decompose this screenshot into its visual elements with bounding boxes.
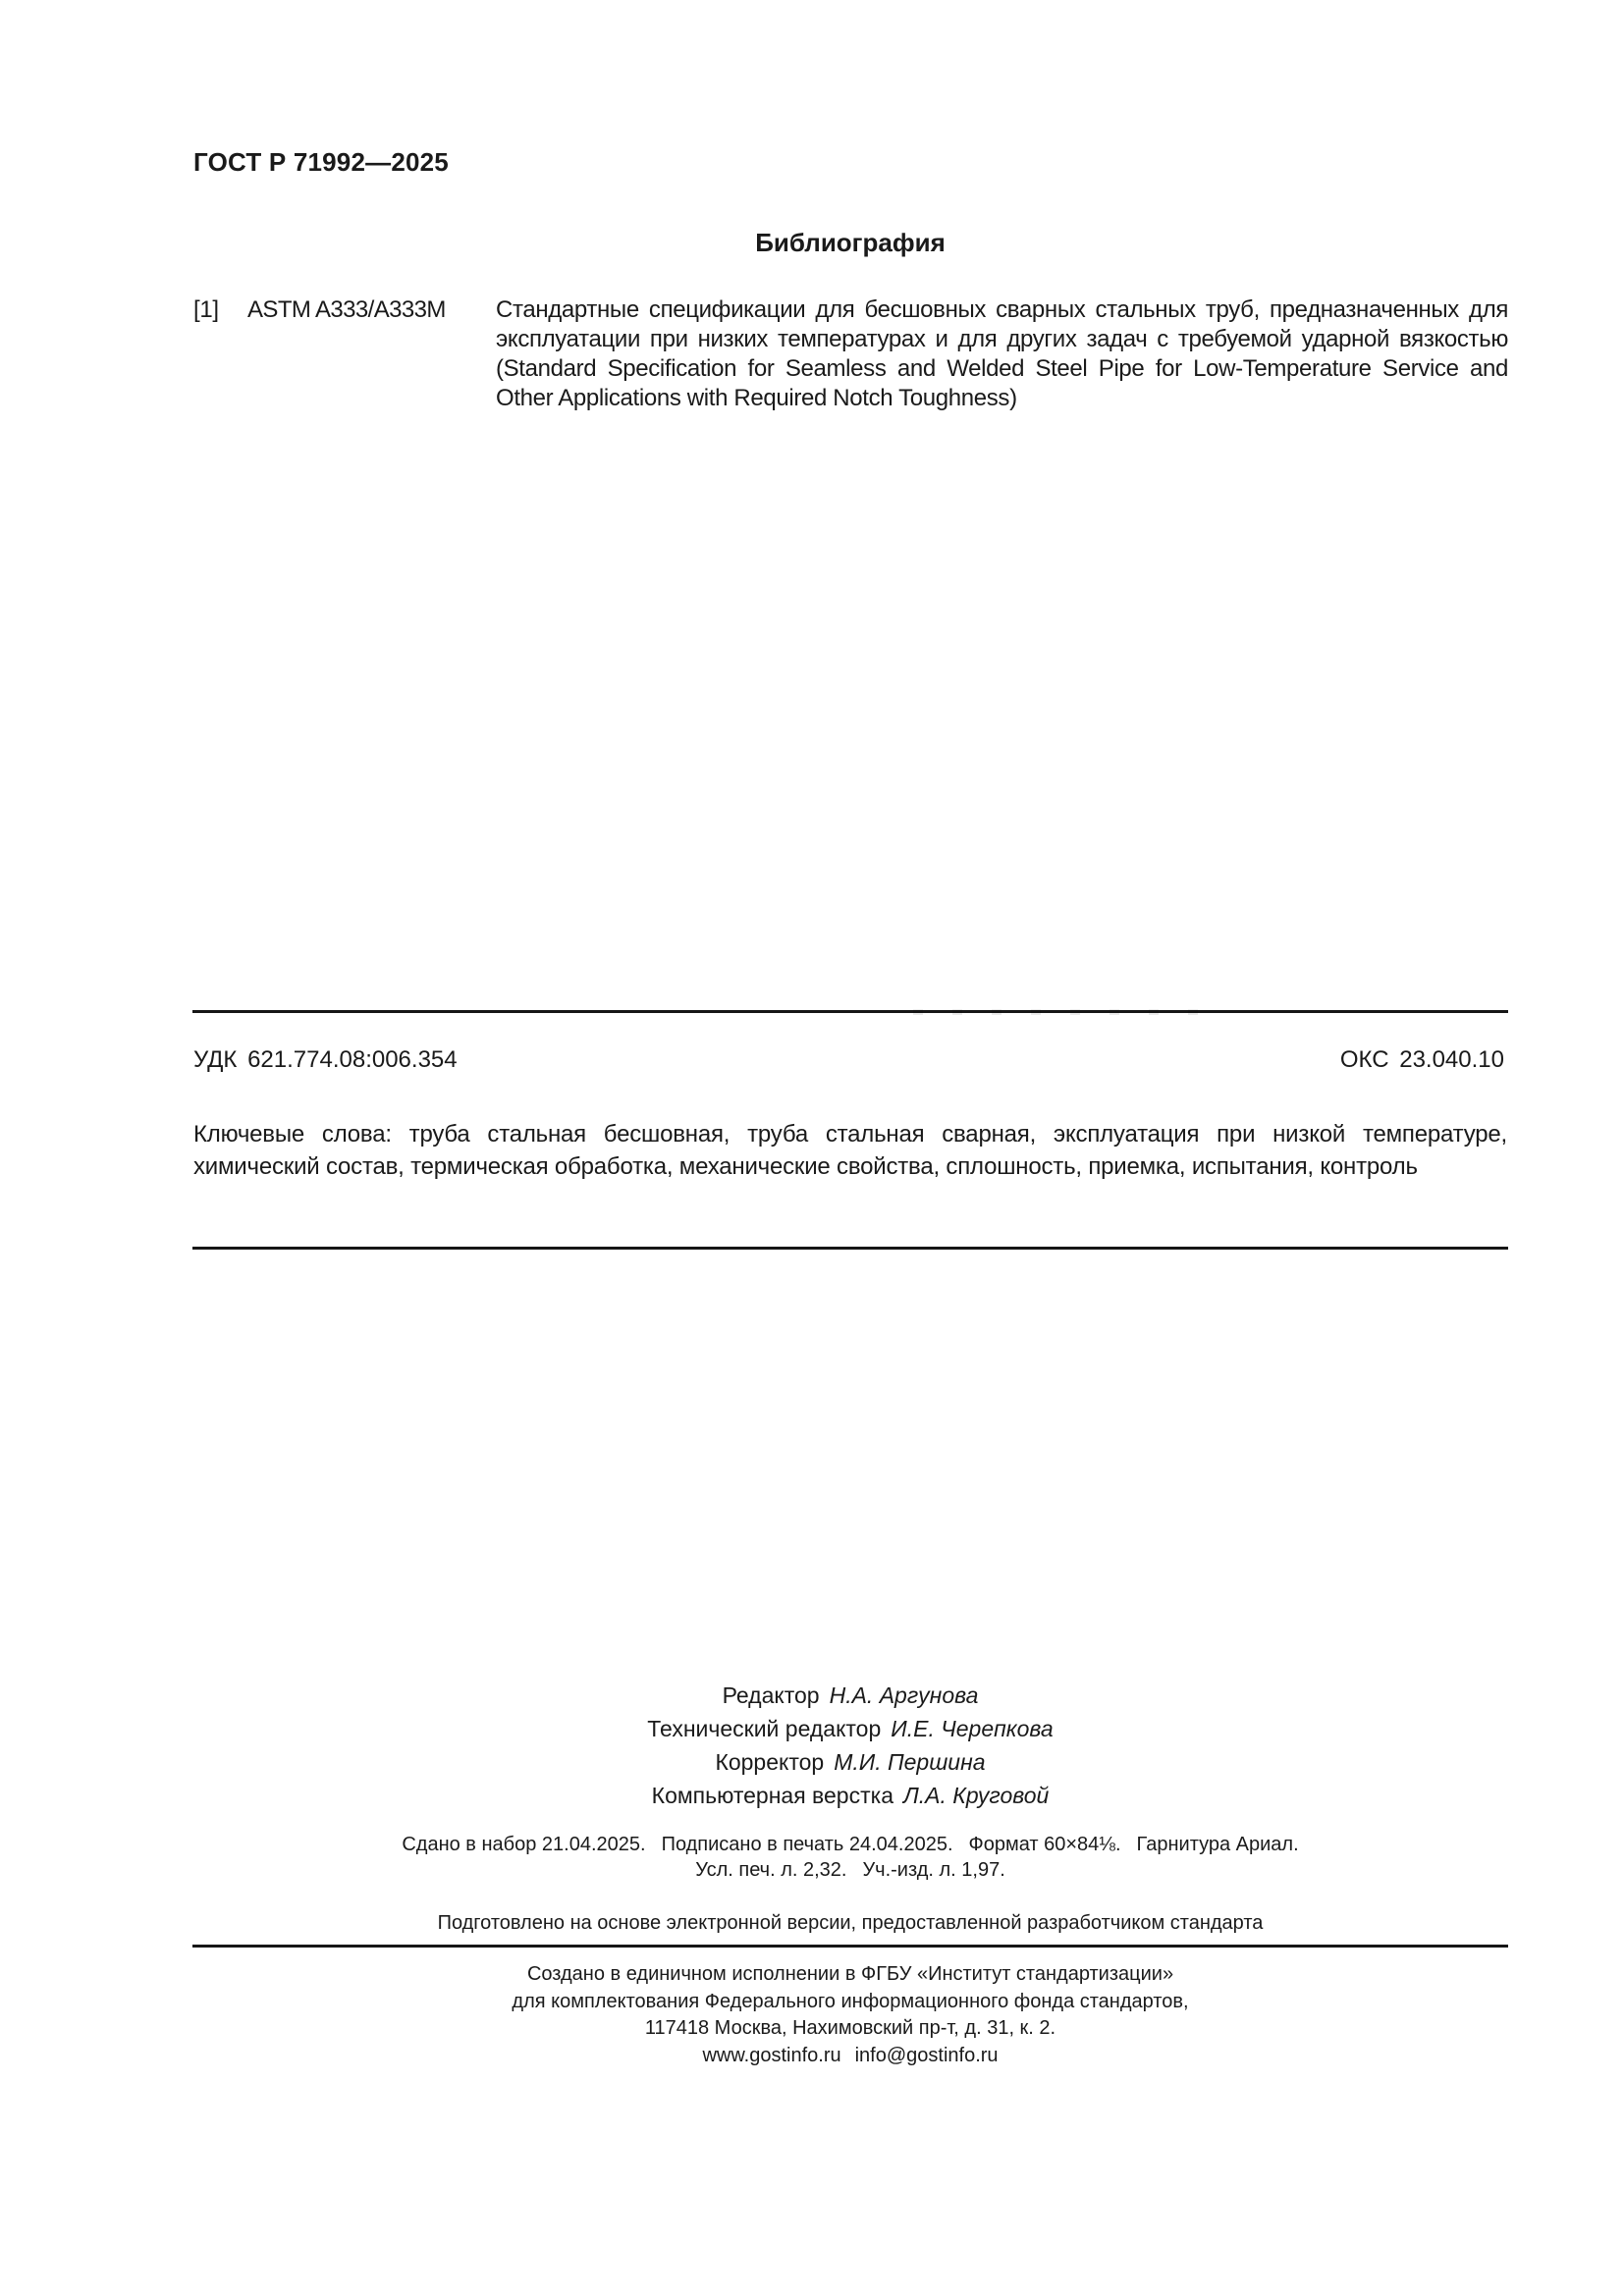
oks-value: 23.040.10 <box>1399 1046 1504 1073</box>
oks-label: ОКС <box>1340 1046 1389 1073</box>
credit-role: Корректор <box>715 1749 824 1775</box>
imprint-typeface: Гарнитура Ариал. <box>1137 1834 1299 1855</box>
bibliography-title: Библиография <box>192 228 1508 257</box>
imprint-line-2: Усл. печ. л. 2,32.Уч.-изд. л. 1,97. <box>192 1857 1508 1883</box>
publisher-footer: Создано в единичном исполнении в ФГБУ «И… <box>192 1961 1508 2069</box>
bibliography-entry-description: Стандартные спецификации для бесшовных с… <box>496 295 1508 413</box>
credit-editor: РедакторН.А. Аргунова <box>192 1679 1508 1712</box>
udk-code: УДК 621.774.08:006.354 <box>193 1045 458 1075</box>
keywords: Ключевые слова: труба стальная бесшовная… <box>193 1118 1507 1183</box>
footer-address: 117418 Москва, Нахимовский пр-т, д. 31, … <box>192 2015 1508 2043</box>
credit-name: М.И. Першина <box>834 1749 985 1775</box>
bibliography-entry-number: [1] <box>193 295 219 325</box>
footer-website-link[interactable]: www.gostinfo.ru <box>702 2045 840 2066</box>
credit-role: Компьютерная верстка <box>652 1783 893 1808</box>
credit-role: Редактор <box>723 1682 820 1708</box>
divider-middle <box>192 1247 1508 1250</box>
footer-contacts: www.gostinfo.ruinfo@gostinfo.ru <box>192 2043 1508 2070</box>
scan-artifact <box>913 1009 1208 1015</box>
credit-technical-editor: Технический редакторИ.Е. Черепкова <box>192 1712 1508 1745</box>
credit-proofreader: КорректорМ.И. Першина <box>192 1745 1508 1779</box>
prepared-note: Подготовлено на основе электронной верси… <box>192 1910 1508 1936</box>
bibliography-entry-code: ASTM A333/A333M <box>247 295 446 325</box>
footer-line-2: для комплектования Федерального информац… <box>192 1989 1508 2016</box>
footer-email-link[interactable]: info@gostinfo.ru <box>855 2045 999 2066</box>
imprint-submitted: Сдано в набор 21.04.2025. <box>402 1834 645 1855</box>
credit-name: Л.А. Круговой <box>903 1783 1049 1808</box>
imprint-signed: Подписано в печать 24.04.2025. <box>662 1834 953 1855</box>
credit-role: Технический редактор <box>647 1716 881 1741</box>
editorial-credits: РедакторН.А. Аргунова Технический редакт… <box>192 1679 1508 1812</box>
imprint-publisher-sheets: Уч.-изд. л. 1,97. <box>862 1859 1004 1881</box>
keywords-label: Ключевые слова: <box>193 1121 392 1148</box>
footer-line-1: Создано в единичном исполнении в ФГБУ «И… <box>192 1961 1508 1989</box>
document-code: ГОСТ Р 71992—2025 <box>193 147 449 177</box>
divider-top <box>192 1010 1508 1013</box>
udk-value: 621.774.08:006.354 <box>247 1046 458 1073</box>
credit-layout: Компьютерная версткаЛ.А. Круговой <box>192 1779 1508 1812</box>
imprint-print-sheets: Усл. печ. л. 2,32. <box>695 1859 846 1881</box>
oks-code: ОКС 23.040.10 <box>1340 1045 1504 1075</box>
udk-label: УДК <box>193 1046 237 1073</box>
divider-bottom <box>192 1945 1508 1948</box>
imprint-info: Сдано в набор 21.04.2025.Подписано в печ… <box>192 1832 1508 1883</box>
imprint-format: Формат 60×84⅛. <box>969 1834 1121 1855</box>
imprint-line-1: Сдано в набор 21.04.2025.Подписано в печ… <box>192 1832 1508 1857</box>
credit-name: Н.А. Аргунова <box>830 1682 979 1708</box>
credit-name: И.Е. Черепкова <box>891 1716 1053 1741</box>
